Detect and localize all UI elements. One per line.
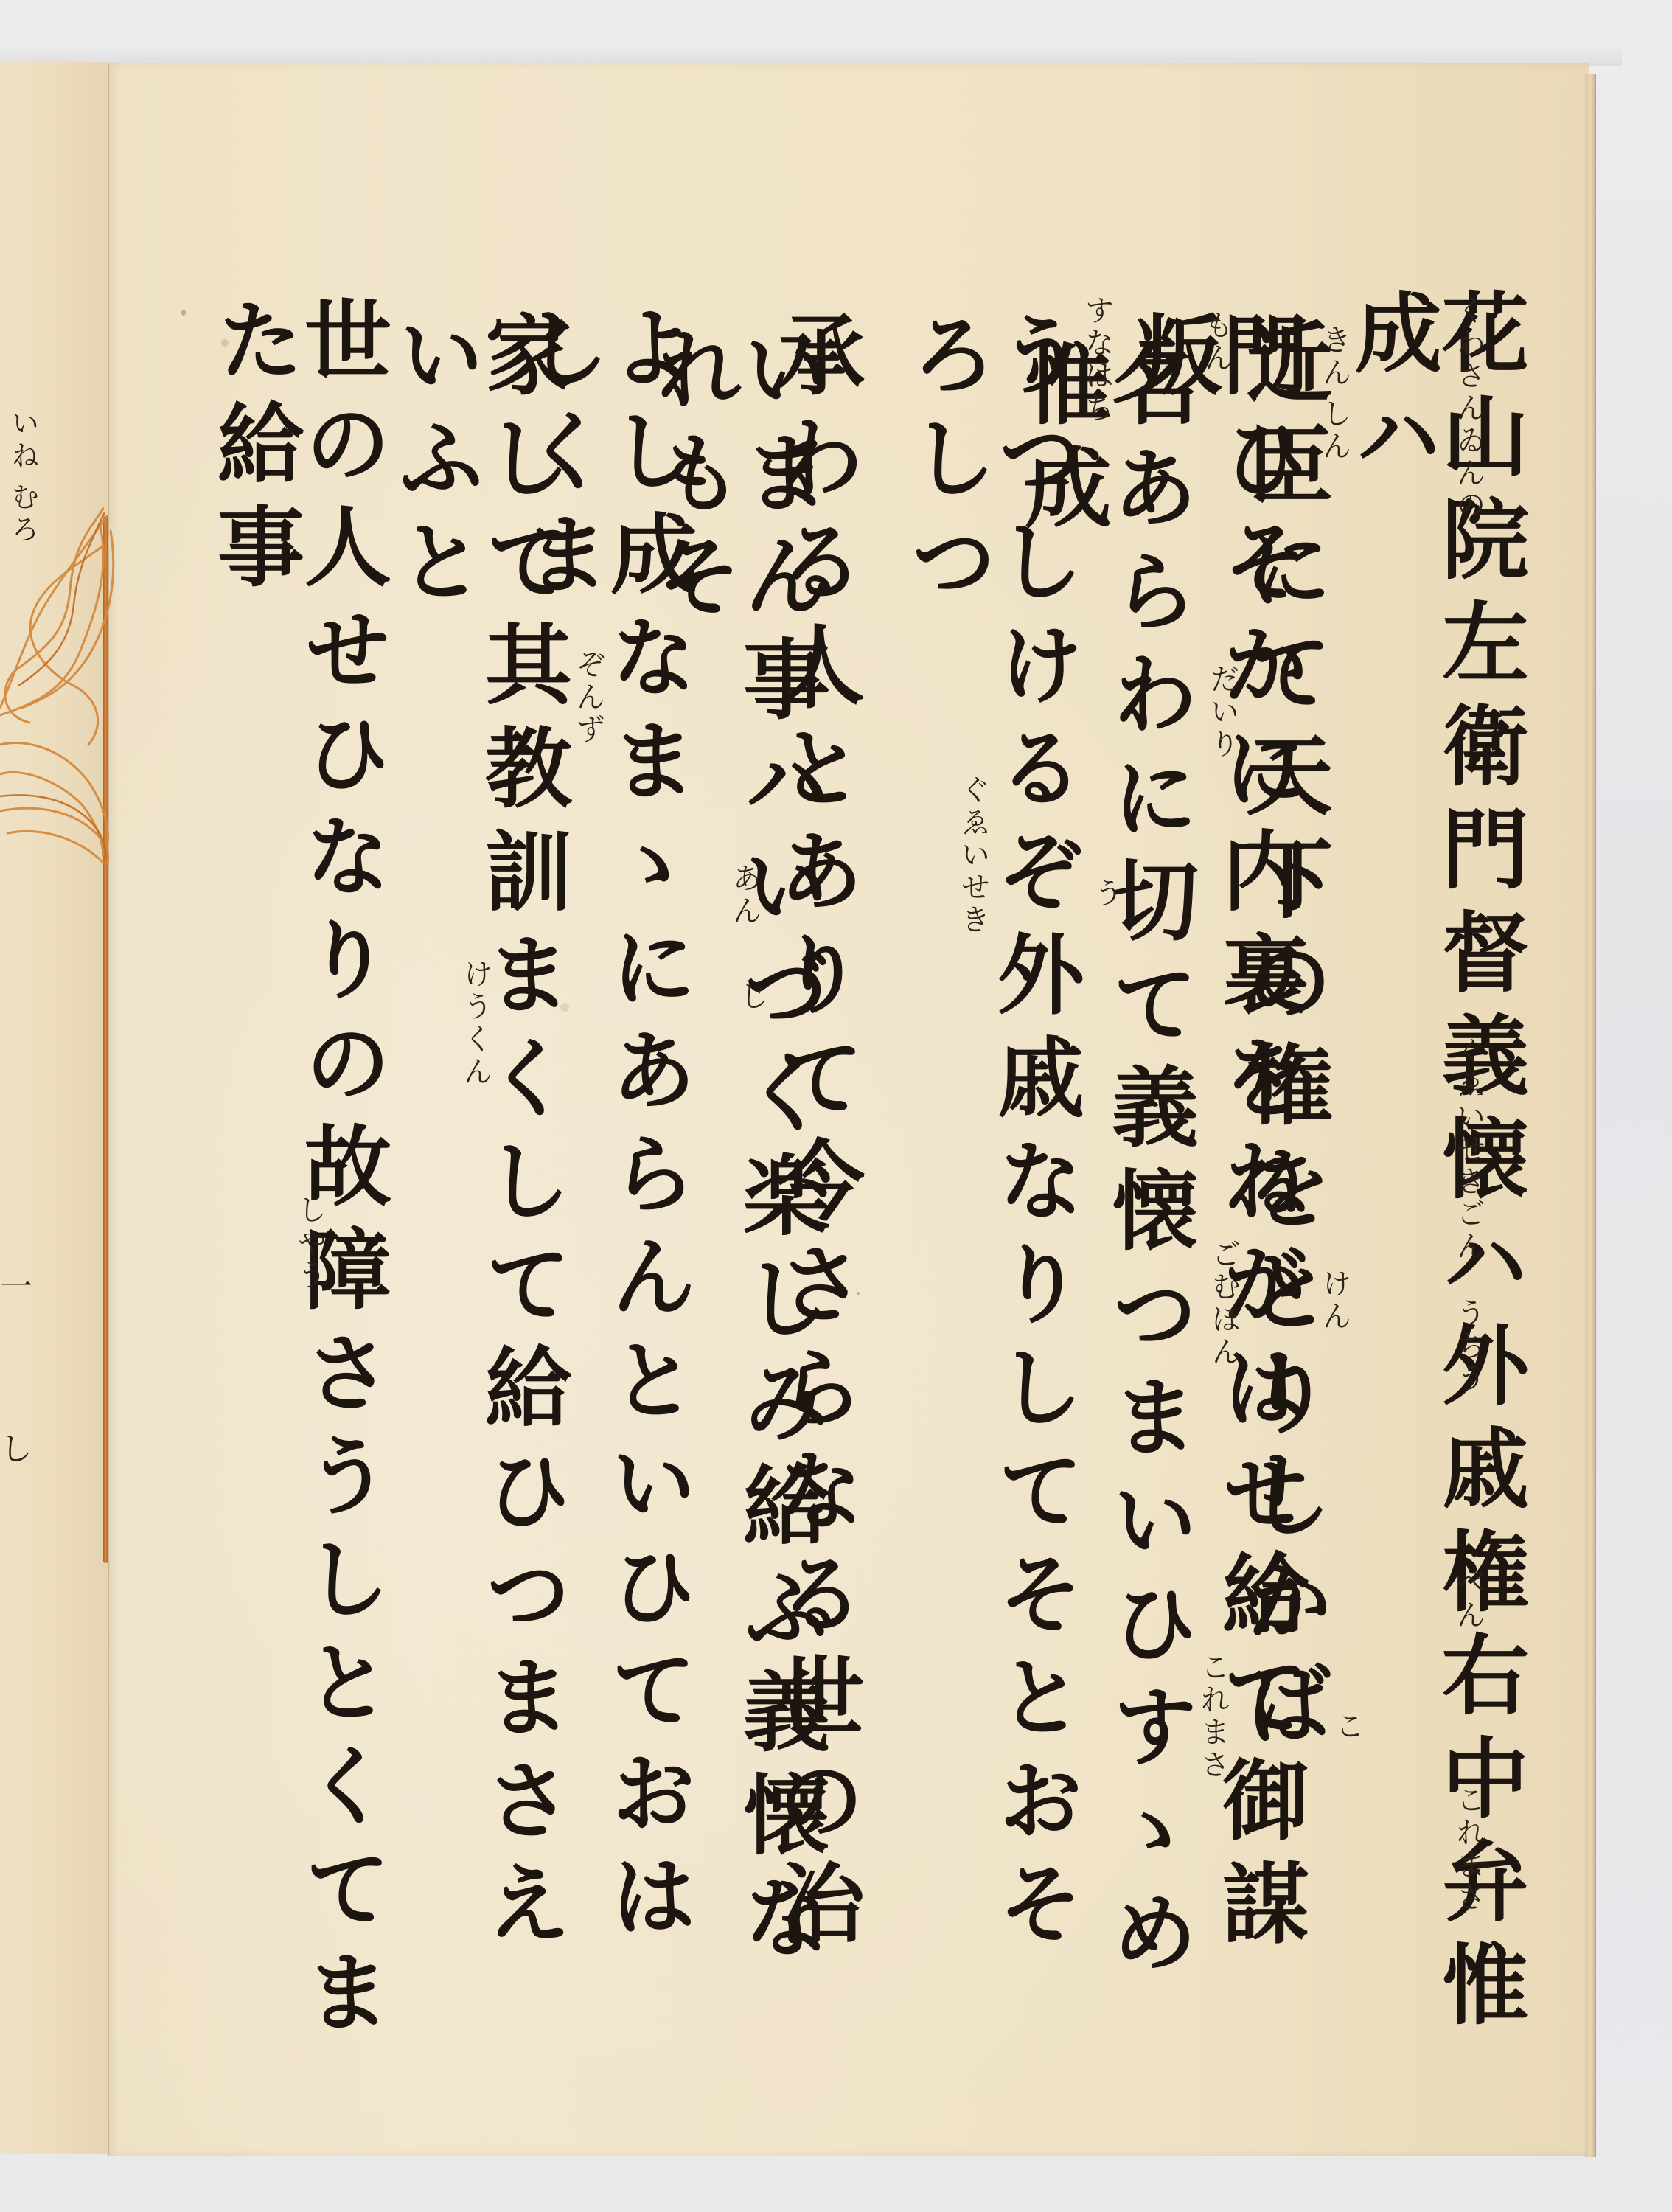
text-column-5: うつしけるぞ外戚なりしてそとおそろしつ [903, 310, 1077, 2006]
page-edge-stack [1585, 74, 1596, 2157]
column-1-ruby-middle: ぐゑいせきごん [1454, 1036, 1483, 1263]
column-1-ruby-top: くわさんゐんの [1454, 295, 1483, 522]
left-page: いね むろ 一 し [0, 62, 108, 2154]
column-9-ruby-middle: けうくん [461, 959, 490, 1088]
left-page-partial-glyph-2: し [0, 1433, 32, 1466]
column-4-ruby-top: すなはち [1082, 295, 1112, 425]
column-1-ruby-lower: うちう [1454, 1298, 1483, 1395]
text-column-1: 花山院左衛門督義懐ハ外戚権右中弁惟成ハ [1348, 288, 1522, 2057]
column-7-ruby-upper: あん [730, 863, 759, 928]
column-2-ruby-upper: しん [1320, 398, 1349, 463]
column-10-text: 世の人せひなりの故障さうしとくてまた給事 [203, 295, 392, 2050]
column-4-ruby-bottom: これまさ [1198, 1652, 1227, 1781]
paper-speck [857, 1292, 860, 1295]
paper-speck [181, 310, 186, 316]
column-3-ruby-upper: だいり [1208, 664, 1237, 761]
column-2-ruby-top: きん [1320, 324, 1349, 389]
column-9-text: 家して其教訓まくして給ひつまさえいふと [383, 310, 573, 1961]
column-7-ruby-middle: じ [737, 981, 767, 1013]
column-5-ruby-middle: ぐゑいせき [958, 774, 988, 936]
column-3-ruby-lower: ごむほん [1209, 1239, 1239, 1368]
column-3-ruby-top: もん [1202, 310, 1231, 375]
text-column-9: 家して其教訓まくして給ひつまさえいふと [391, 310, 565, 2006]
text-column-10: 世の人せひなりの故障さうしとくてまた給事 [210, 295, 384, 2065]
column-10-ruby-middle: しやう [295, 1194, 324, 1292]
column-2-ruby-bottom: こ [1333, 1711, 1362, 1743]
paper-speck [221, 339, 229, 347]
column-5-text: うつしけるぞ外戚なりしてそとおそろしつ [896, 310, 1085, 1961]
column-4-ruby-middle: う [1091, 877, 1121, 910]
paper-speck [560, 1003, 569, 1012]
left-page-furigana: いね [9, 408, 37, 473]
loose-thread-icon [0, 501, 125, 914]
column-1-text: 花山院左衛門督義懐ハ外戚権右中弁惟成ハ [1340, 288, 1530, 2042]
column-8-ruby-top: ぞんず [574, 649, 603, 746]
column-2-ruby-lower: けん [1320, 1268, 1349, 1333]
column-1-ruby-lower2: べん [1454, 1567, 1483, 1632]
column-1-ruby-bottom: これまさ [1454, 1784, 1483, 1914]
left-page-partial-glyph: 一 [0, 1271, 32, 1304]
